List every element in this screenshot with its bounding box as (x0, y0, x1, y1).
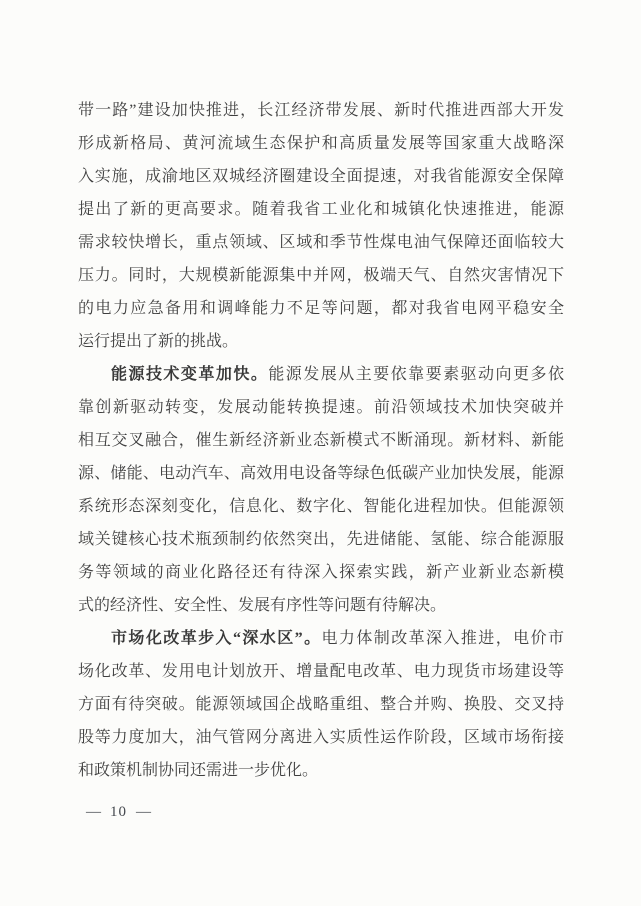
text-line: 靠创新驱动转变，发展动能转换提速。前沿领域技术加快突破并 (78, 391, 564, 424)
text-line: 域关键核心技术瓶颈制约依然突出，先进储能、氢能、综合能源服 (78, 523, 564, 556)
text-line: 提出了新的更高要求。随着我省工业化和城镇化快速推进，能源 (78, 193, 564, 226)
page: 带一路”建设加快推进，长江经济带发展、新时代推进西部大开发 形成新格局、黄河流域… (0, 0, 641, 906)
text-line: 源、储能、电动汽车、高效用电设备等绿色低碳产业加快发展，能源 (78, 457, 564, 490)
body-text: 带一路”建设加快推进，长江经济带发展、新时代推进西部大开发 形成新格局、黄河流域… (78, 94, 564, 787)
paragraph-lead-rest: 电力体制改革深入推进，电价市 (322, 630, 565, 647)
text-line: 压力。同时，大规模新能源集中并网，极端天气、自然灾害情况下 (78, 259, 564, 292)
text-line: 股等力度加大，油气管网分离进入实质性运作阶段，区域市场衔接 (78, 721, 564, 754)
text-line: 方面有待突破。能源领域国企战略重组、整合并购、换股、交叉持 (78, 688, 564, 721)
text-line: 务等领域的商业化路径还有待深入探索实践，新产业新业态新模 (78, 556, 564, 589)
text-line: 带一路”建设加快推进，长江经济带发展、新时代推进西部大开发 (78, 94, 564, 127)
page-number: — 10 — (86, 801, 151, 823)
paragraph-lead-line: 市场化改革步入“深水区”。电力体制改革深入推进，电价市 (78, 622, 564, 655)
text-line: 的电力应急备用和调峰能力不足等问题，都对我省电网平稳安全 (78, 292, 564, 325)
paragraph-lead-line: 能源技术变革加快。能源发展从主要依靠要素驱动向更多依 (78, 358, 564, 391)
text-line: 运行提出了新的挑战。 (78, 325, 564, 358)
page-number-dash-right: — (136, 804, 151, 821)
paragraph-lead-rest: 能源发展从主要依靠要素驱动向更多依 (268, 366, 564, 383)
text-line: 入实施，成渝地区双城经济圈建设全面提速，对我省能源安全保障 (78, 160, 564, 193)
text-line: 系统形态深刻变化，信息化、数字化、智能化进程加快。但能源领 (78, 490, 564, 523)
text-line: 和政策机制协同还需进一步优化。 (78, 754, 564, 787)
text-line: 形成新格局、黄河流域生态保护和高质量发展等国家重大战略深 (78, 127, 564, 160)
paragraph-lead: 能源技术变革加快。 (111, 366, 268, 383)
paragraph-lead: 市场化改革步入“深水区”。 (111, 630, 322, 647)
text-line: 需求较快增长，重点领域、区域和季节性煤电油气保障还面临较大 (78, 226, 564, 259)
text-line: 式的经济性、安全性、发展有序性等问题有待解决。 (78, 589, 564, 622)
text-line: 场化改革、发用电计划放开、增量配电改革、电力现货市场建设等 (78, 655, 564, 688)
text-line: 相互交叉融合，催生新经济新业态新模式不断涌现。新材料、新能 (78, 424, 564, 457)
page-number-value: 10 (110, 804, 127, 821)
page-number-dash-left: — (86, 804, 101, 821)
document-page: { "content": { "paragraphs": [ { "lines"… (0, 0, 641, 906)
